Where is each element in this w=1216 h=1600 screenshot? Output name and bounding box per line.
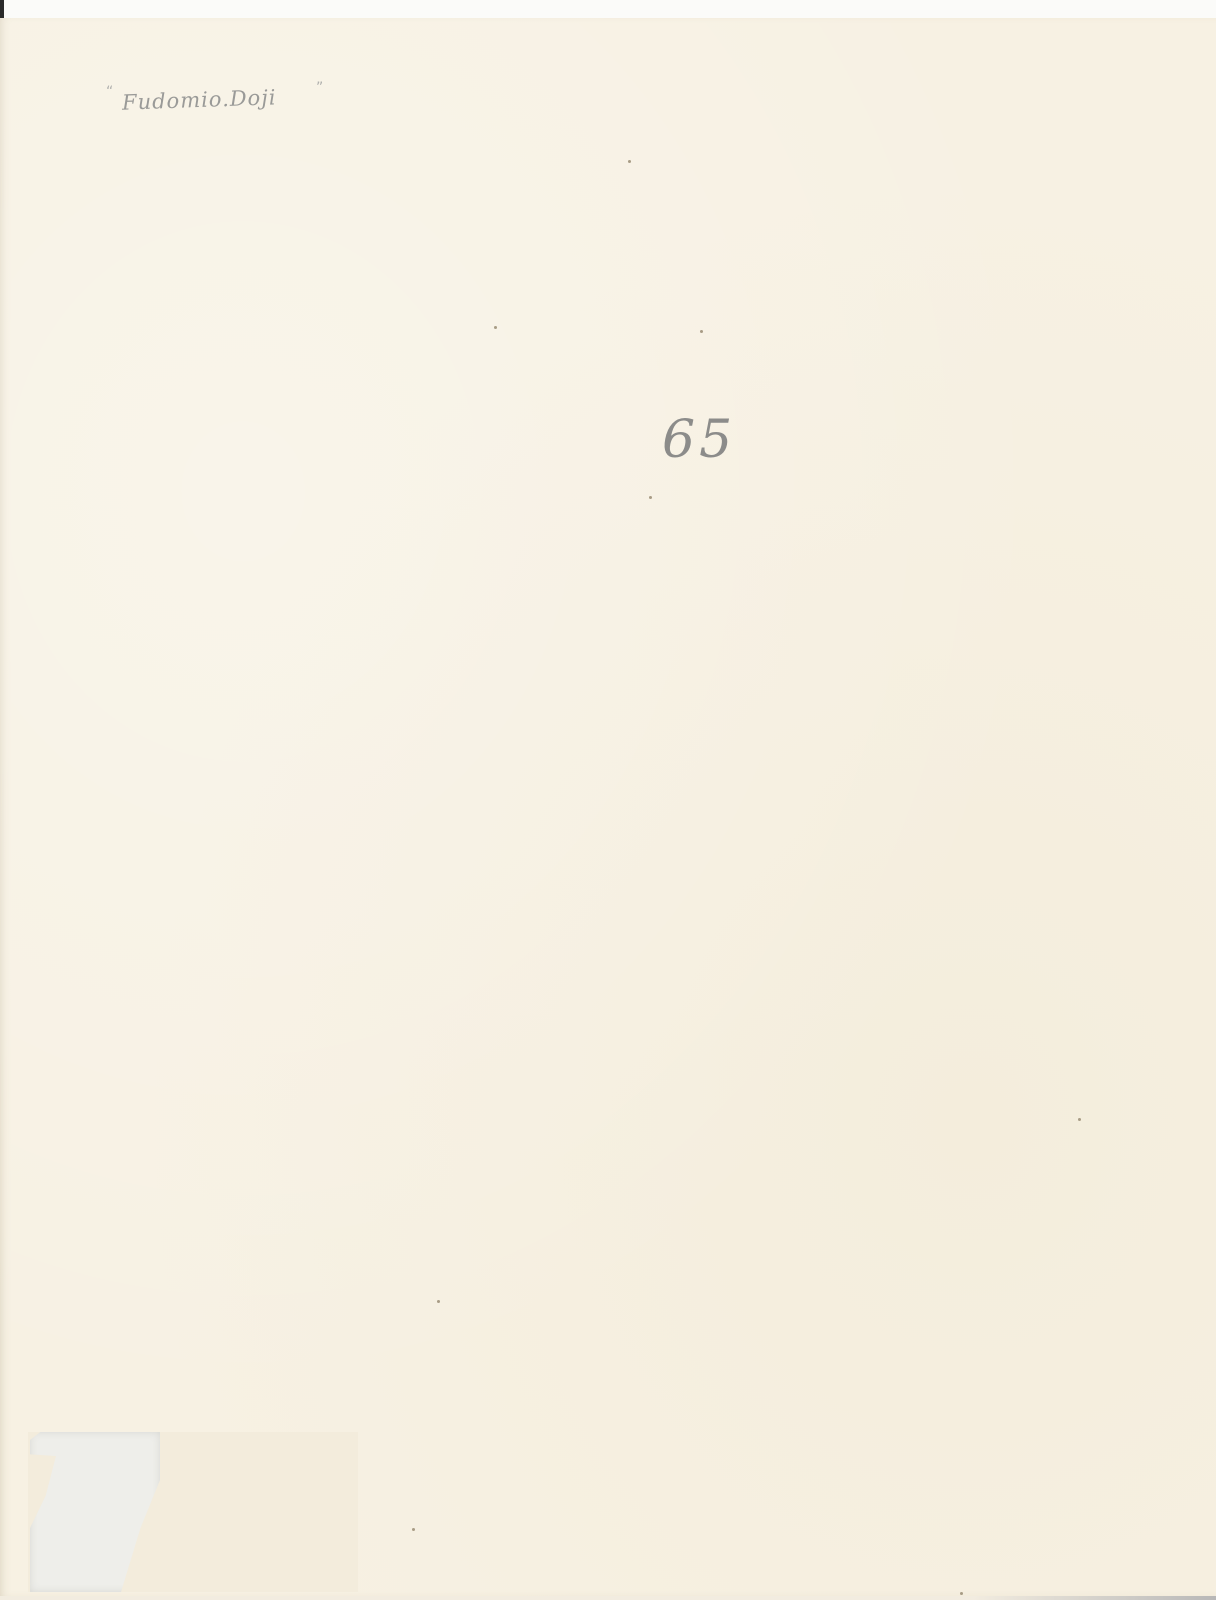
paper-sheet xyxy=(0,18,1216,1596)
scanner-bottom-edge xyxy=(0,1596,1216,1600)
close-quote-mark: ” xyxy=(316,80,323,96)
paper-speck xyxy=(1078,1118,1081,1121)
paper-speck xyxy=(494,326,497,329)
paper-speck xyxy=(628,160,631,163)
paper-speck xyxy=(649,496,652,499)
paper-speck xyxy=(700,330,703,333)
paper-speck xyxy=(412,1528,415,1531)
open-quote-mark: “ xyxy=(106,84,113,100)
handwritten-number: 65 xyxy=(662,410,736,470)
paper-speck xyxy=(960,1592,963,1595)
paper-speck xyxy=(437,1300,440,1303)
